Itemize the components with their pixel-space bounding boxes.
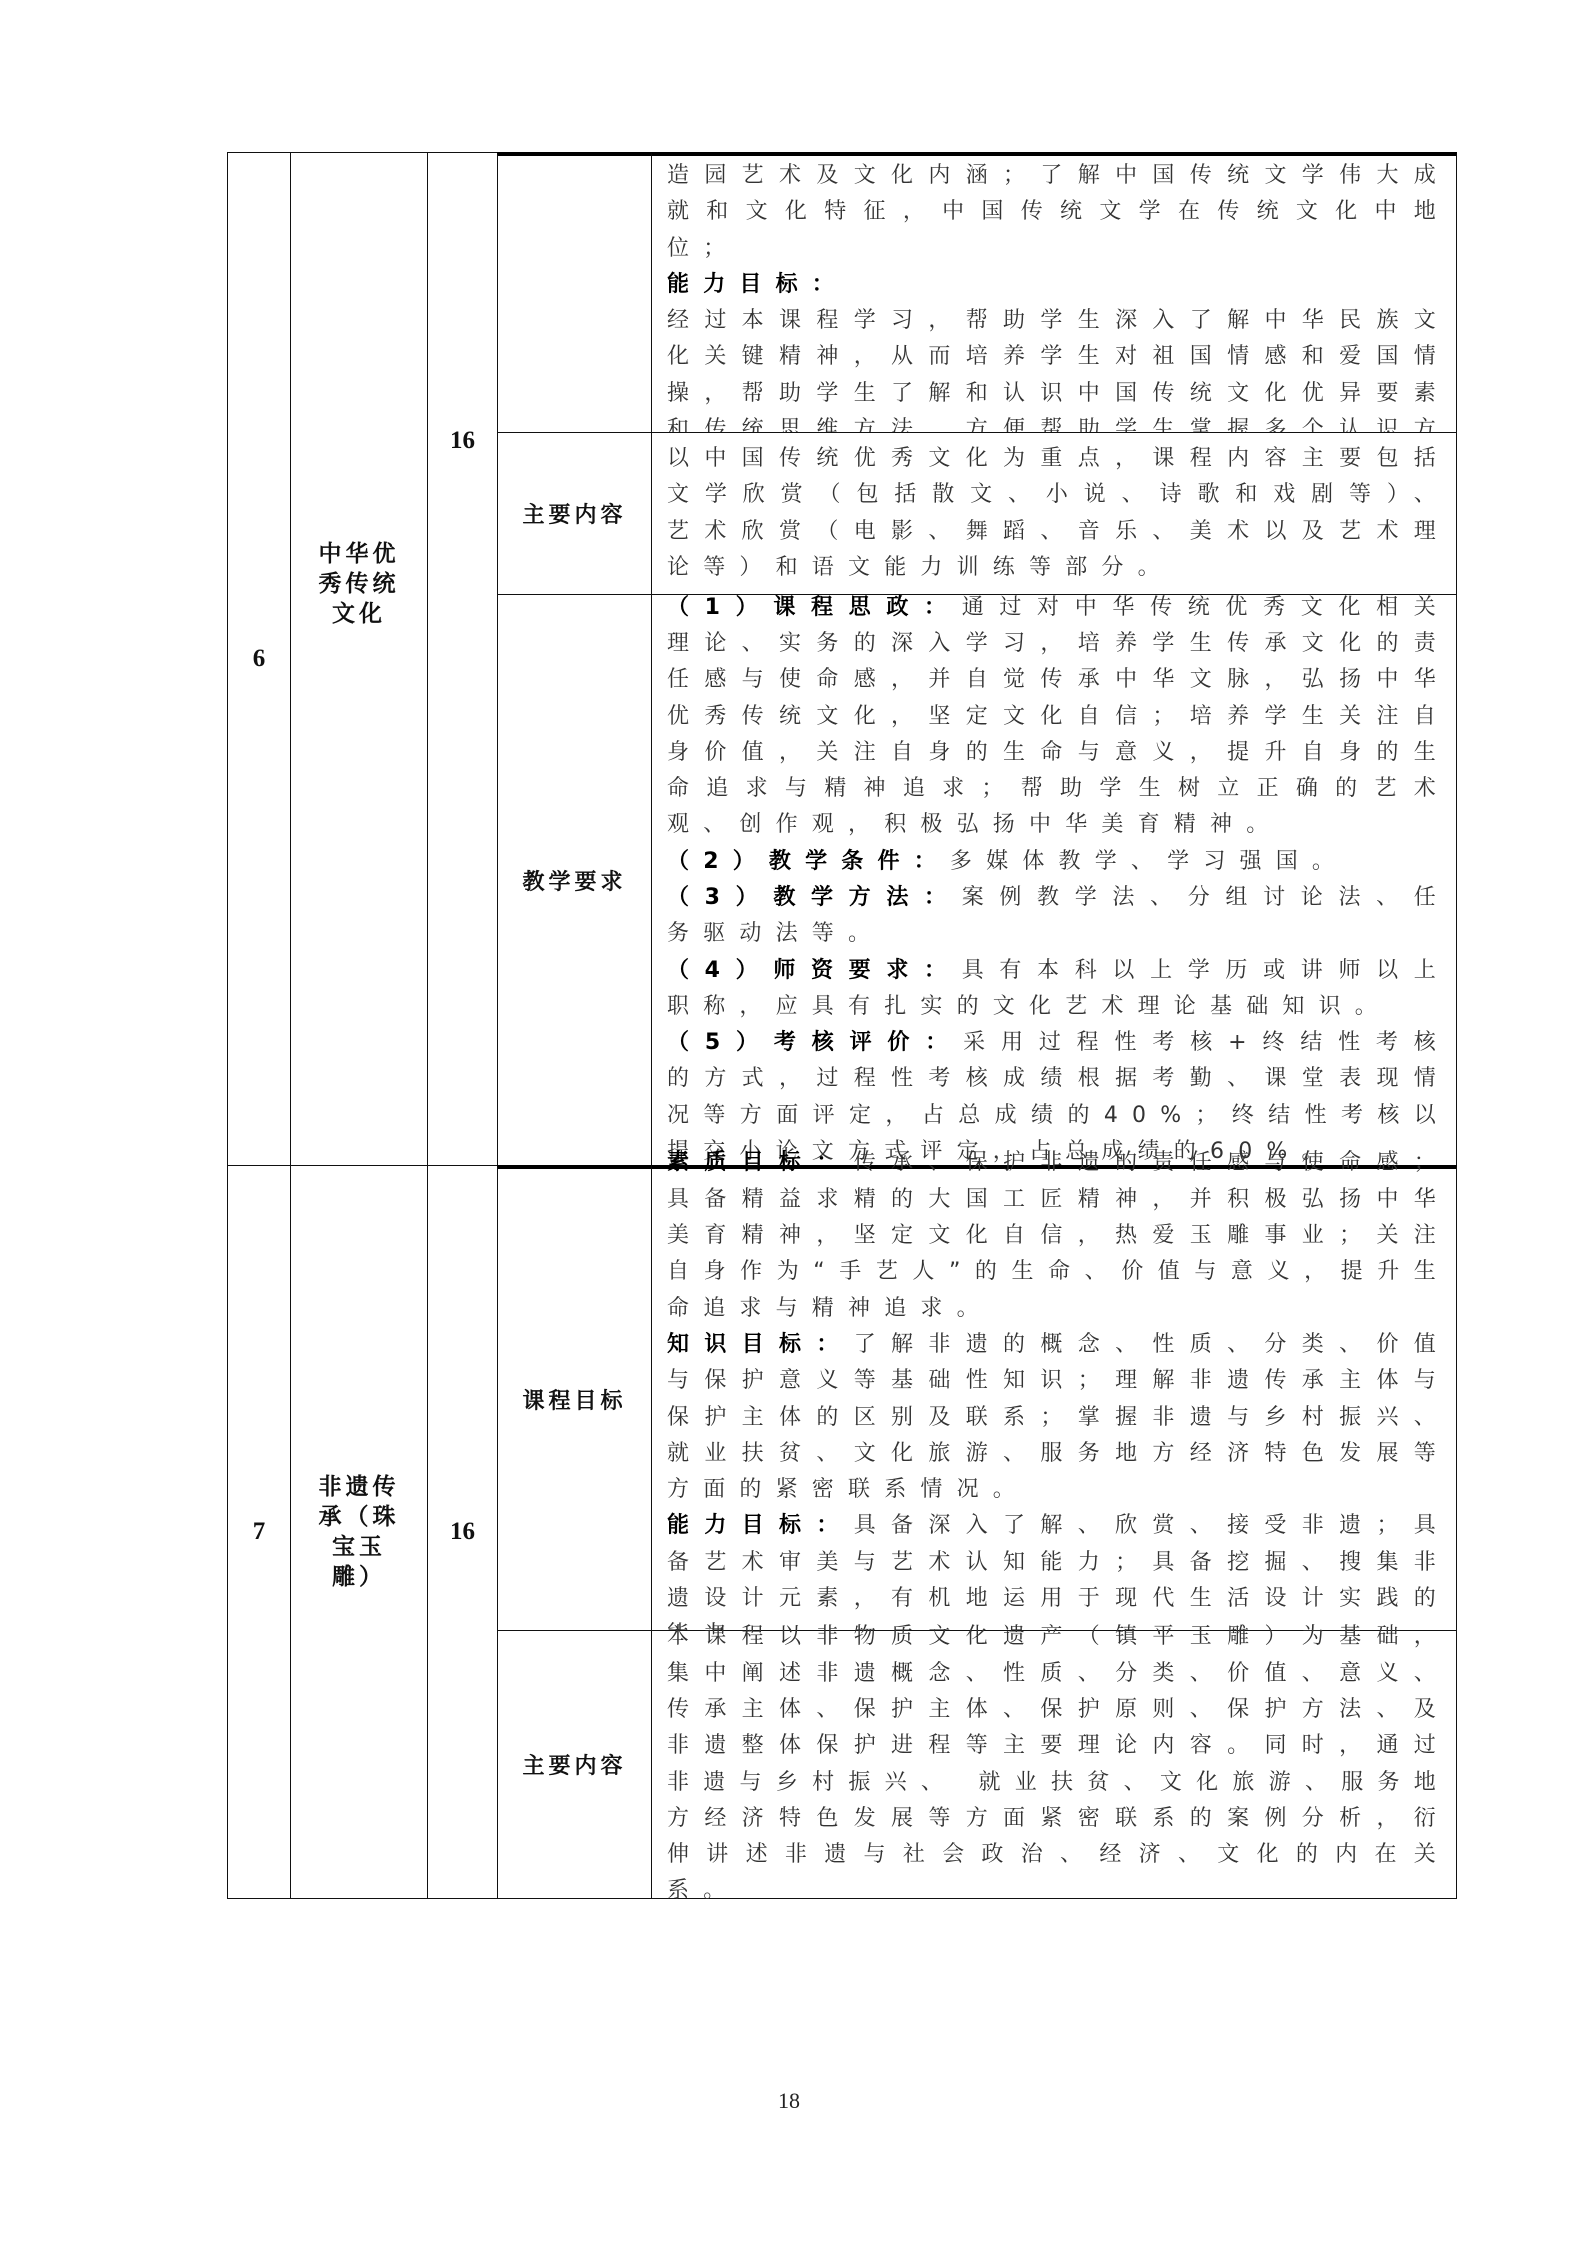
paragraph: 能力目标： xyxy=(667,267,1450,303)
paragraph: 本课程以非物质文化遗产（镇平玉雕）为基础，集中阐述非遗概念、性质、分类、价值、意… xyxy=(667,1619,1450,1909)
paragraph: （2）教学条件：多媒体教学、学习强国。 xyxy=(667,844,1450,880)
row-7-hours: 16 xyxy=(427,1165,498,1899)
section-label: 主要内容 xyxy=(522,1749,626,1780)
row-6-section-3-label: 教学要求 xyxy=(497,594,652,1166)
row-6-index: 6 xyxy=(227,152,291,1166)
row-6-hours: 16 xyxy=(427,152,498,1166)
section-label: 主要内容 xyxy=(522,498,626,529)
paragraph: （3）教学方法：案例教学法、分组讨论法、任务驱动法等。 xyxy=(667,880,1450,953)
row-index-text: 7 xyxy=(253,1518,266,1546)
paragraph: 以中国传统优秀文化为重点，课程内容主要包括文学欣赏（包括散文、小说、诗歌和戏剧等… xyxy=(667,441,1450,586)
hours-text: 16 xyxy=(450,427,475,455)
row-6-section-2-content: 以中国传统优秀文化为重点，课程内容主要包括文学欣赏（包括散文、小说、诗歌和戏剧等… xyxy=(651,432,1457,595)
paragraph: 造园艺术及文化内涵；了解中国传统文学伟大成就和文化特征，中国传统文学在传统文化中… xyxy=(667,158,1450,267)
paragraph: （4）师资要求：具有本科以上学历或讲师以上职称，应具有扎实的文化艺术理论基础知识… xyxy=(667,953,1450,1026)
row-7-section-1-content: 素质目标：传承、保护非遗的责任感与使命感；具备精益求精的大国工匠精神，并积极弘扬… xyxy=(651,1165,1457,1631)
row-7-course-name: 非遗传承（珠宝玉雕） xyxy=(290,1165,428,1899)
row-6-section-1-label xyxy=(497,152,652,433)
course-name-text: 非遗传承（珠宝玉雕） xyxy=(311,1472,407,1592)
row-6-course-name: 中华优秀传统文化 xyxy=(290,152,428,1166)
row-6-section-2-label: 主要内容 xyxy=(497,432,652,595)
row-index-text: 6 xyxy=(253,645,266,673)
row-7-index: 7 xyxy=(227,1165,291,1899)
row-7-section-2-content: 本课程以非物质文化遗产（镇平玉雕）为基础，集中阐述非遗概念、性质、分类、价值、意… xyxy=(651,1630,1457,1899)
row-6-section-3-content: （1）课程思政：通过对中华传统优秀文化相关理论、实务的深入学习，培养学生传承文化… xyxy=(651,594,1457,1166)
row-7-section-1-label: 课程目标 xyxy=(497,1165,652,1631)
section-label: 课程目标 xyxy=(522,1384,626,1415)
section-label: 教学要求 xyxy=(522,865,626,896)
paragraph: 知识目标：了解非遗的概念、性质、分类、价值与保护意义等基础性知识；理解非遗传承主… xyxy=(667,1327,1450,1508)
heading-ability-goal: 能力目标： xyxy=(667,272,848,297)
course-name-text: 中华优秀传统文化 xyxy=(311,539,407,629)
page-number: 18 xyxy=(778,2088,800,2114)
paragraph: 素质目标：传承、保护非遗的责任感与使命感；具备精益求精的大国工匠精神，并积极弘扬… xyxy=(667,1145,1450,1326)
row-7-section-2-label: 主要内容 xyxy=(497,1630,652,1899)
row-6-section-1-content: 造园艺术及文化内涵；了解中国传统文学伟大成就和文化特征，中国传统文学在传统文化中… xyxy=(651,152,1457,433)
paragraph: （1）课程思政：通过对中华传统优秀文化相关理论、实务的深入学习，培养学生传承文化… xyxy=(667,590,1450,844)
hours-text: 16 xyxy=(450,1518,475,1546)
document-page: 6 中华优秀传统文化 16 造园艺术及文化内涵；了解中国传统文学伟大成就和文化特… xyxy=(0,0,1587,2245)
